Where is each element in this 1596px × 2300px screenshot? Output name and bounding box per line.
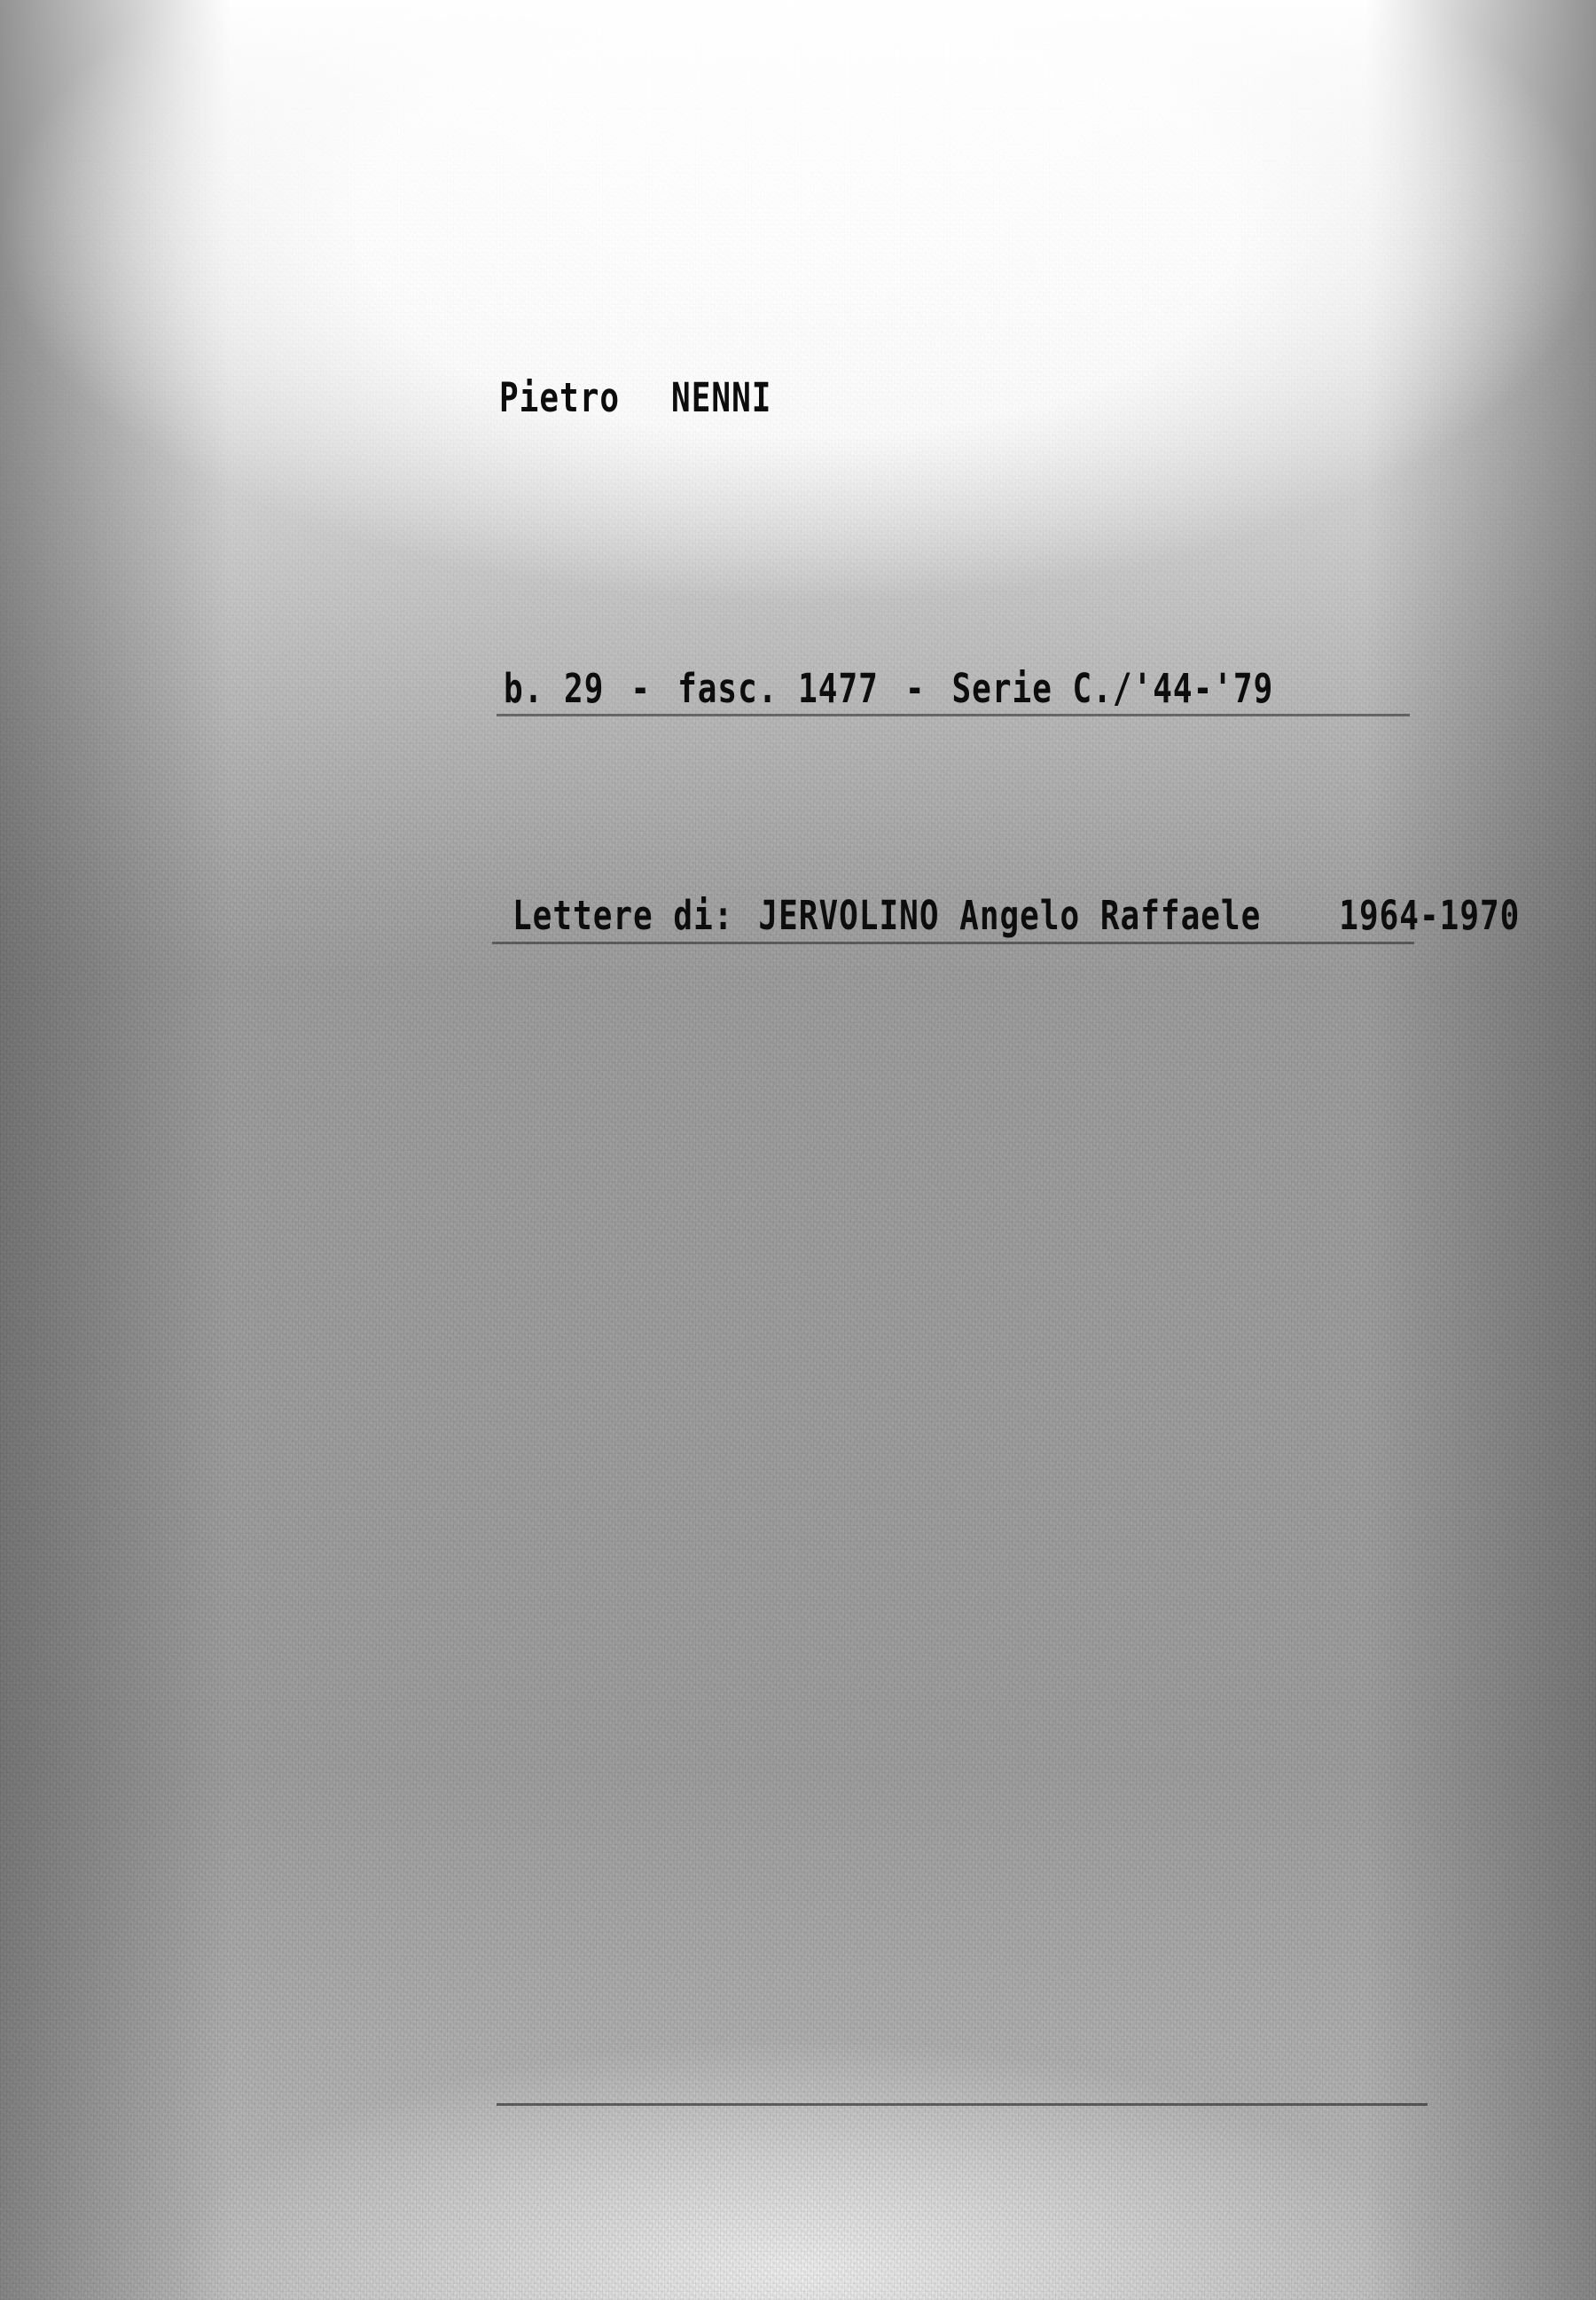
reference-underline [497,714,1410,716]
letters-years: 1964-1970 [1339,894,1520,939]
photocopy-grain [0,0,1596,2300]
letters-underline [492,942,1414,944]
bottom-rule [497,2103,1428,2106]
scanned-document-page: PietroNENNI b. 29-fasc. 1477-Serie C./'4… [0,0,1596,2300]
correspondent-name: JERVOLINO Angelo Raffaele [758,894,1261,939]
separator: - [905,667,926,712]
author-last-name: NENNI [671,376,771,421]
busta-number: b. 29 [504,667,604,712]
serie-label: Serie C./'44-'79 [952,667,1274,712]
archive-reference-line: b. 29-fasc. 1477-Serie C./'44-'79 [504,667,1273,712]
letters-label: Lettere di: [512,894,733,939]
separator: - [630,667,651,712]
author-first-name: Pietro [499,376,620,421]
letters-line: Lettere di:JERVOLINO Angelo Raffaele1964… [512,894,1520,939]
fascicolo-number: fasc. 1477 [677,667,879,712]
author-name-line: PietroNENNI [499,376,771,421]
